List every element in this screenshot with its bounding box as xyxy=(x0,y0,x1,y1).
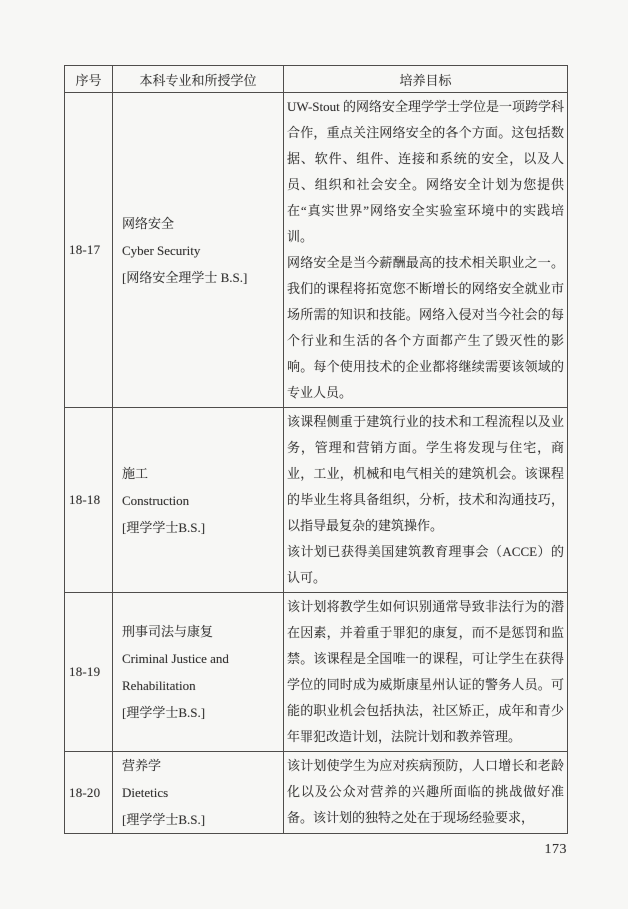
row-serial-number: 18-18 xyxy=(65,408,113,593)
major-degree: [理学学士B.S.] xyxy=(122,806,279,833)
major-degree: [理学学士B.S.] xyxy=(122,699,279,726)
row-major-cell: 网络安全 Cyber Security [网络安全理学士 B.S.] xyxy=(113,93,284,408)
objective-paragraph: 该计划将教学生如何识别通常导致非法行为的潜在因素，并着重于罪犯的康复，而不是惩罚… xyxy=(287,594,564,750)
table-row: 18-19 刑事司法与康复 Criminal Justice and Rehab… xyxy=(65,593,568,752)
objective-paragraph: 该计划使学生为应对疾病预防，人口增长和老龄化以及公众对营养的兴趣所面临的挑战做好… xyxy=(287,753,564,831)
major-name-en: Criminal Justice and Rehabilitation xyxy=(122,645,279,699)
row-major-cell: 施工 Construction [理学学士B.S.] xyxy=(113,408,284,593)
page-number: 173 xyxy=(545,842,568,858)
objective-paragraph: 该课程侧重于建筑行业的技术和工程流程以及业务，管理和营销方面。学生将发现与住宅，… xyxy=(287,409,564,539)
header-serial-number: 序号 xyxy=(65,66,113,93)
major-name-zh: 营养学 xyxy=(122,752,279,779)
header-training-objective: 培养目标 xyxy=(284,66,568,93)
header-major-and-degree: 本科专业和所授学位 xyxy=(113,66,284,93)
row-serial-number: 18-17 xyxy=(65,93,113,408)
row-serial-number: 18-19 xyxy=(65,593,113,752)
major-degree: [理学学士B.S.] xyxy=(122,514,279,541)
row-objective-cell: 该计划使学生为应对疾病预防，人口增长和老龄化以及公众对营养的兴趣所面临的挑战做好… xyxy=(284,752,568,834)
major-degree: [网络安全理学士 B.S.] xyxy=(122,264,279,291)
row-serial-number: 18-20 xyxy=(65,752,113,834)
objective-paragraph: 该计划已获得美国建筑教育理事会（ACCE）的认可。 xyxy=(287,539,564,591)
table-row: 18-18 施工 Construction [理学学士B.S.] 该课程侧重于建… xyxy=(65,408,568,593)
objective-paragraph: UW-Stout 的网络安全理学学士学位是一项跨学科合作，重点关注网络安全的各个… xyxy=(287,94,564,250)
major-name-zh: 刑事司法与康复 xyxy=(122,618,279,645)
major-name-en: Dietetics xyxy=(122,779,279,806)
table-row: 18-20 营养学 Dietetics [理学学士B.S.] 该计划使学生为应对… xyxy=(65,752,568,834)
table-row: 18-17 网络安全 Cyber Security [网络安全理学士 B.S.]… xyxy=(65,93,568,408)
major-name-zh: 网络安全 xyxy=(122,210,279,237)
program-table: 序号 本科专业和所授学位 培养目标 18-17 网络安全 Cyber Secur… xyxy=(64,65,568,834)
row-major-cell: 刑事司法与康复 Criminal Justice and Rehabilitat… xyxy=(113,593,284,752)
scanned-document-page: 序号 本科专业和所授学位 培养目标 18-17 网络安全 Cyber Secur… xyxy=(0,0,628,909)
row-objective-cell: UW-Stout 的网络安全理学学士学位是一项跨学科合作，重点关注网络安全的各个… xyxy=(284,93,568,408)
table-header-row: 序号 本科专业和所授学位 培养目标 xyxy=(65,66,568,93)
objective-paragraph: 网络安全是当今薪酬最高的技术相关职业之一。我们的课程将拓宽您不断增长的网络安全就… xyxy=(287,250,564,406)
major-name-en: Cyber Security xyxy=(122,237,279,264)
major-name-zh: 施工 xyxy=(122,460,279,487)
major-name-en: Construction xyxy=(122,487,279,514)
row-objective-cell: 该课程侧重于建筑行业的技术和工程流程以及业务，管理和营销方面。学生将发现与住宅，… xyxy=(284,408,568,593)
row-major-cell: 营养学 Dietetics [理学学士B.S.] xyxy=(113,752,284,834)
row-objective-cell: 该计划将教学生如何识别通常导致非法行为的潜在因素，并着重于罪犯的康复，而不是惩罚… xyxy=(284,593,568,752)
